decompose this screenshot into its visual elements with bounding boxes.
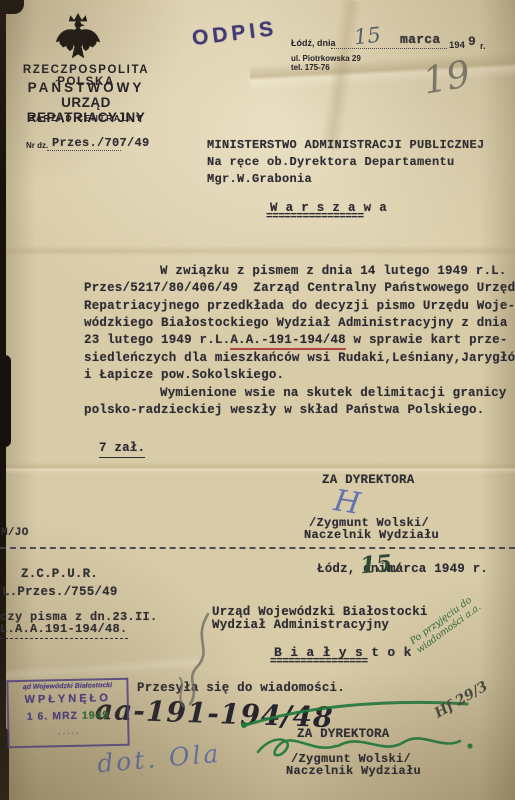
received-stamp-refline: . . . . .	[9, 726, 127, 737]
dateline-suffix: r.	[480, 41, 486, 51]
eagle-emblem-icon	[55, 9, 101, 63]
recipient-city-underline: ================	[266, 211, 364, 223]
ref-dotted-line	[47, 138, 121, 151]
forward-dateline-suffix: marca 1949 r.	[388, 562, 488, 576]
forward-ref: L.Przes./755/49	[2, 585, 118, 599]
received-stamp-wplynelo: WPŁYNĘŁO	[9, 692, 127, 706]
letterhead-org-line1: PAŃSTWOWY	[0, 80, 172, 95]
body-line: polsko-radzieckiej weszły w skład Państw…	[84, 403, 484, 417]
handwritten-day: 15	[353, 23, 382, 50]
scan-edge-corner	[0, 0, 24, 14]
forward-org: Z.C.P.U.R.	[21, 567, 98, 581]
scan-edge-left-bump	[0, 355, 11, 447]
attachments-note: 7 zał.	[99, 441, 145, 458]
received-stamp-date-row: 1 6. MRZ 1949	[9, 709, 127, 723]
received-stamp: ąd Wojewódzki Białostocki WPŁYNĘŁO 1 6. …	[6, 678, 129, 749]
body-line: i Łapicze pow.Sokolskiego.	[84, 368, 284, 382]
dashed-divider	[0, 547, 515, 549]
red-underlined-ref: A.A.-191-194/48	[230, 333, 346, 350]
paper-crease	[0, 246, 515, 256]
forward-city-underline: ================	[270, 656, 368, 668]
signature1-title: Naczelnik Wydziału	[304, 528, 439, 542]
paper-crease	[0, 462, 515, 474]
body-line: W związku z pismem z dnia 14 lutego 1949…	[160, 264, 507, 278]
year-digit: 9	[468, 34, 476, 49]
recipient-line2: Na ręce ob.Dyrektora Departamentu	[207, 155, 455, 169]
recipient-line1: MINISTERSTWO ADMINISTRACJI PUBLICZNEJ	[207, 138, 485, 152]
received-stamp-date: 1 6. MRZ	[27, 710, 78, 723]
green-margin-note: Po przyjęciu do wiadomości a.a.	[408, 593, 483, 656]
body-line-part: 23 lutego 1949 r.L.	[84, 333, 230, 347]
body-line: siedleńczych dla mieszkańców wsi Rudaki,…	[84, 351, 515, 365]
pencil-page-number: 19	[420, 52, 474, 103]
received-stamp-office: ąd Wojewódzki Białostocki	[8, 682, 126, 691]
scanned-letter-page: RZECZPOSPOLITA POLSKA PAŃSTWOWY URZĄD RE…	[0, 0, 515, 800]
year-printed: 194	[449, 40, 465, 51]
body-line: wódzkiego Białostockiego Wydział Adminis…	[84, 316, 508, 330]
paper-crease	[250, 51, 515, 91]
letterhead-org-line3: ZARZĄD CENTRALNY	[0, 113, 172, 123]
odpis-stamp: ODPIS	[191, 17, 279, 51]
letterhead-street: ul. Piotrkowska 29	[291, 54, 361, 63]
body-line: 23 lutego 1949 r.L.A.A.-191-194/48 w spr…	[84, 333, 508, 347]
body-line: Repatriacyjnego przedkłada do decyzji pi…	[84, 299, 515, 313]
body-line-part: w sprawie kart prze-	[346, 333, 508, 347]
clerk-initials: M/JO	[1, 527, 29, 539]
recipient-line3: Mgr.W.Grabonia	[207, 172, 312, 186]
paper-crease	[320, 0, 363, 151]
letterhead-phone: tel. 175-76	[291, 63, 330, 72]
body-line: Wymienione wsie na skutek delimitacji gr…	[160, 386, 507, 400]
signature2-title: Naczelnik Wydziału	[286, 764, 421, 778]
forward-re-line2: L.A.A.191-194/48.	[0, 622, 128, 639]
received-stamp-year: 1949	[82, 709, 110, 722]
pencil-squiggle	[168, 608, 263, 708]
ref-number-label: Nr dz.	[26, 141, 48, 150]
body-line: Przes/5217/80/406/49 Zarząd Centralny Pa…	[84, 281, 515, 295]
month-stamp: marca	[400, 32, 441, 47]
dateline-prefix: Łódź, dnia	[291, 38, 336, 48]
